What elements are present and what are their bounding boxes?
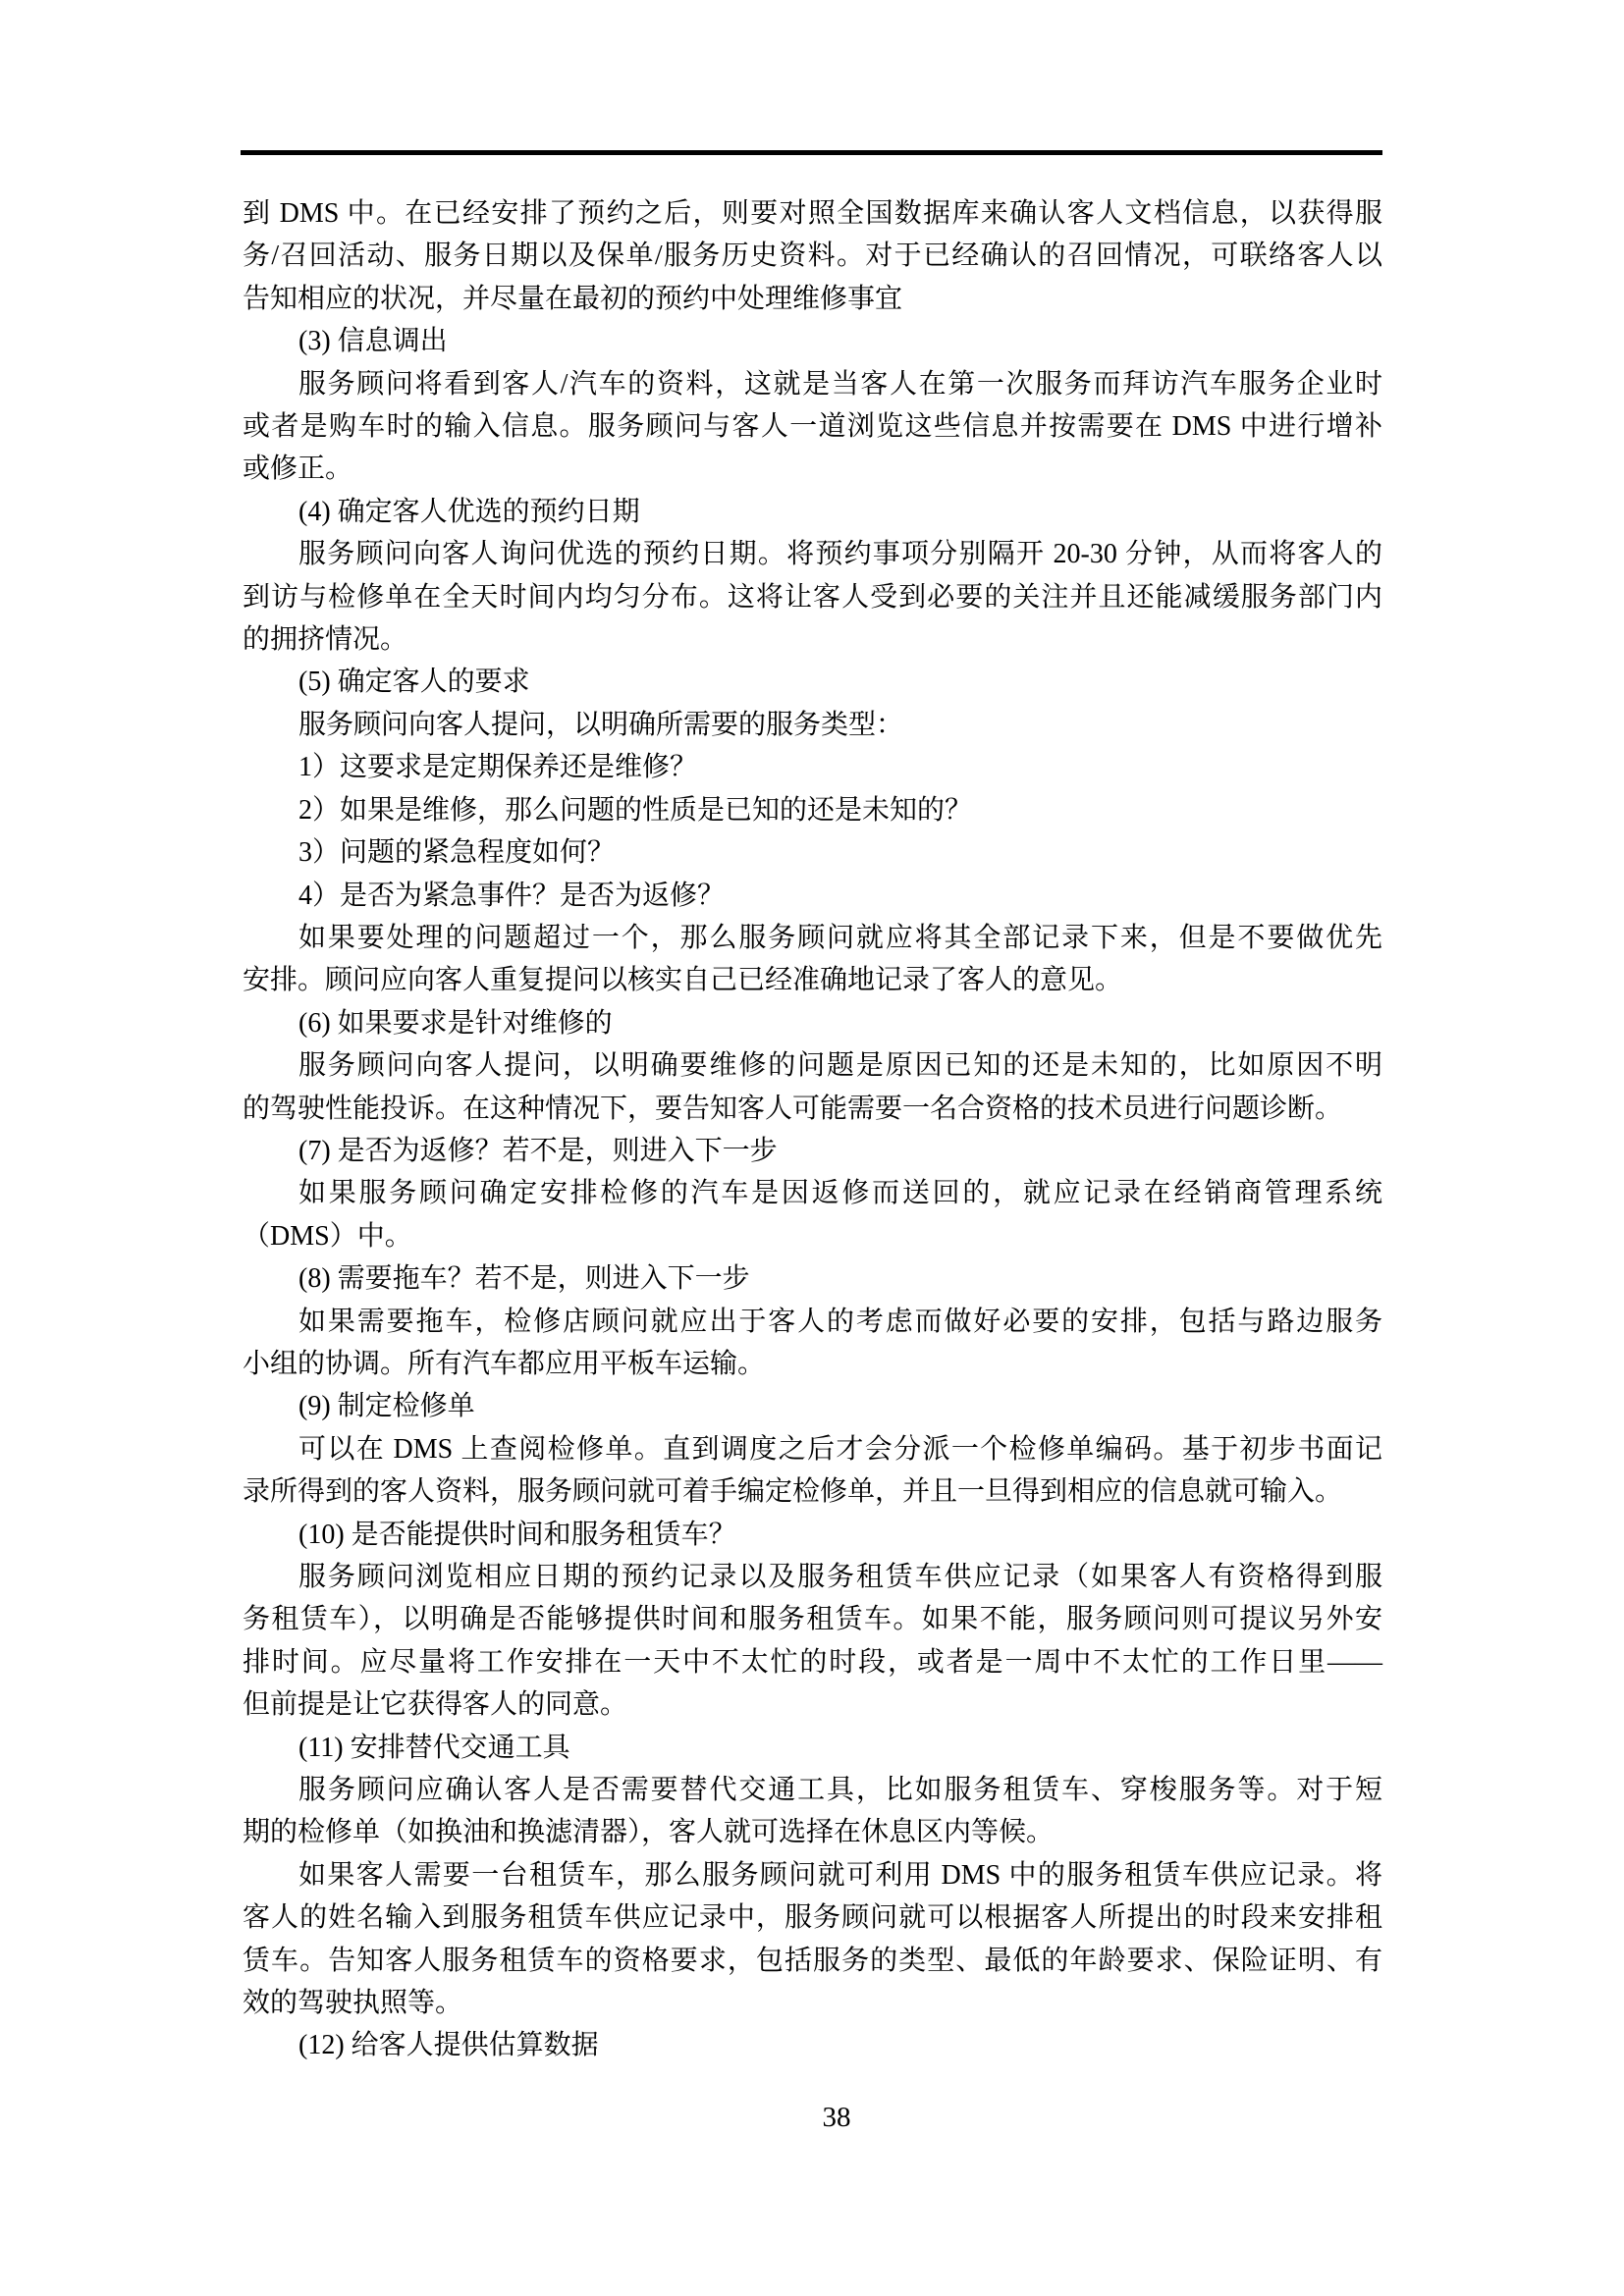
text-line: 小组的协调。所有汽车都应用平板车运输。 xyxy=(243,1343,1382,1385)
text-line: (9) 制定检修单 xyxy=(243,1385,1382,1427)
page-number: 38 xyxy=(766,2103,907,2134)
text-line: 服务顾问向客人提问，以明确所需要的服务类型： xyxy=(243,704,1382,746)
text-line: 服务顾问向客人询问优选的预约日期。将预约事项分别隔开 20-30 分钟，从而将客… xyxy=(243,533,1382,575)
text-line: 2）如果是维修，那么问题的性质是已知的还是未知的？ xyxy=(243,789,1382,831)
text-line: 服务顾问向客人提问，以明确要维修的问题是原因已知的还是未知的，比如原因不明 xyxy=(243,1044,1382,1087)
text-line: (12) 给客人提供估算数据 xyxy=(243,2024,1382,2066)
text-line: 3）问题的紧急程度如何？ xyxy=(243,831,1382,874)
text-line: 如果服务顾问确定安排检修的汽车是因返修而送回的，就应记录在经销商管理系统 xyxy=(243,1172,1382,1214)
text-line: 排时间。应尽量将工作安排在一天中不太忙的时段，或者是一周中不太忙的工作日里—— xyxy=(243,1641,1382,1683)
text-line: 可以在 DMS 上查阅检修单。直到调度之后才会分派一个检修单编码。基于初步书面记 xyxy=(243,1428,1382,1470)
text-line: (7) 是否为返修？若不是，则进入下一步 xyxy=(243,1130,1382,1172)
text-line: 服务顾问浏览相应日期的预约记录以及服务租赁车供应记录（如果客人有资格得到服 xyxy=(243,1556,1382,1598)
text-line: (4) 确定客人优选的预约日期 xyxy=(243,491,1382,533)
text-line: (5) 确定客人的要求 xyxy=(243,661,1382,703)
text-line: 务租赁车），以明确是否能够提供时间和服务租赁车。如果不能，服务顾问则可提议另外安 xyxy=(243,1598,1382,1640)
text-line: 到 DMS 中。在已经安排了预约之后，则要对照全国数据库来确认客人文档信息，以获… xyxy=(243,192,1382,235)
text-line: (6) 如果要求是针对维修的 xyxy=(243,1002,1382,1044)
text-line: 赁车。告知客人服务租赁车的资格要求，包括服务的类型、最低的年龄要求、保险证明、有 xyxy=(243,1940,1382,1982)
document-page: 到 DMS 中。在已经安排了预约之后，则要对照全国数据库来确认客人文档信息，以获… xyxy=(0,0,1624,2296)
text-line: 或者是购车时的输入信息。服务顾问与客人一道浏览这些信息并按需要在 DMS 中进行… xyxy=(243,405,1382,448)
text-line: 1）这要求是定期保养还是维修？ xyxy=(243,746,1382,788)
text-line: 务/召回活动、服务日期以及保单/服务历史资料。对于已经确认的召回情况，可联络客人… xyxy=(243,235,1382,277)
text-line: 服务顾问应确认客人是否需要替代交通工具，比如服务租赁车、穿梭服务等。对于短 xyxy=(243,1769,1382,1811)
text-line: (3) 信息调出 xyxy=(243,320,1382,362)
text-line: (11) 安排替代交通工具 xyxy=(243,1727,1382,1769)
text-line: 客人的姓名输入到服务租赁车供应记录中，服务顾问就可以根据客人所提出的时段来安排租 xyxy=(243,1896,1382,1939)
text-line: 的拥挤情况。 xyxy=(243,618,1382,661)
text-line: 如果需要拖车，检修店顾问就应出于客人的考虑而做好必要的安排，包括与路边服务 xyxy=(243,1301,1382,1343)
header-rule xyxy=(241,150,1382,155)
text-line: 录所得到的客人资料，服务顾问就可着手编定检修单，并且一旦得到相应的信息就可输入。 xyxy=(243,1470,1382,1513)
text-line: 的驾驶性能投诉。在这种情况下，要告知客人可能需要一名合资格的技术员进行问题诊断。 xyxy=(243,1088,1382,1130)
text-line: 但前提是让它获得客人的同意。 xyxy=(243,1683,1382,1726)
document-body: 到 DMS 中。在已经安排了预约之后，则要对照全国数据库来确认客人文档信息，以获… xyxy=(243,192,1382,2067)
text-line: 或修正。 xyxy=(243,448,1382,490)
text-line: 告知相应的状况，并尽量在最初的预约中处理维修事宜 xyxy=(243,278,1382,320)
text-line: (8) 需要拖车？若不是，则进入下一步 xyxy=(243,1257,1382,1300)
text-line: 效的驾驶执照等。 xyxy=(243,1982,1382,2024)
text-line: （DMS）中。 xyxy=(243,1215,1382,1257)
text-line: 如果客人需要一台租赁车，那么服务顾问就可利用 DMS 中的服务租赁车供应记录。将 xyxy=(243,1854,1382,1896)
text-line: (10) 是否能提供时间和服务租赁车？ xyxy=(243,1514,1382,1556)
text-line: 4）是否为紧急事件？是否为返修？ xyxy=(243,875,1382,917)
text-line: 如果要处理的问题超过一个，那么服务顾问就应将其全部记录下来，但是不要做优先 xyxy=(243,917,1382,959)
text-line: 到访与检修单在全天时间内均匀分布。这将让客人受到必要的关注并且还能减缓服务部门内 xyxy=(243,576,1382,618)
text-line: 服务顾问将看到客人/汽车的资料，这就是当客人在第一次服务而拜访汽车服务企业时 xyxy=(243,363,1382,405)
text-line: 安排。顾问应向客人重复提问以核实自己已经准确地记录了客人的意见。 xyxy=(243,959,1382,1001)
text-line: 期的检修单（如换油和换滤清器），客人就可选择在休息区内等候。 xyxy=(243,1811,1382,1853)
